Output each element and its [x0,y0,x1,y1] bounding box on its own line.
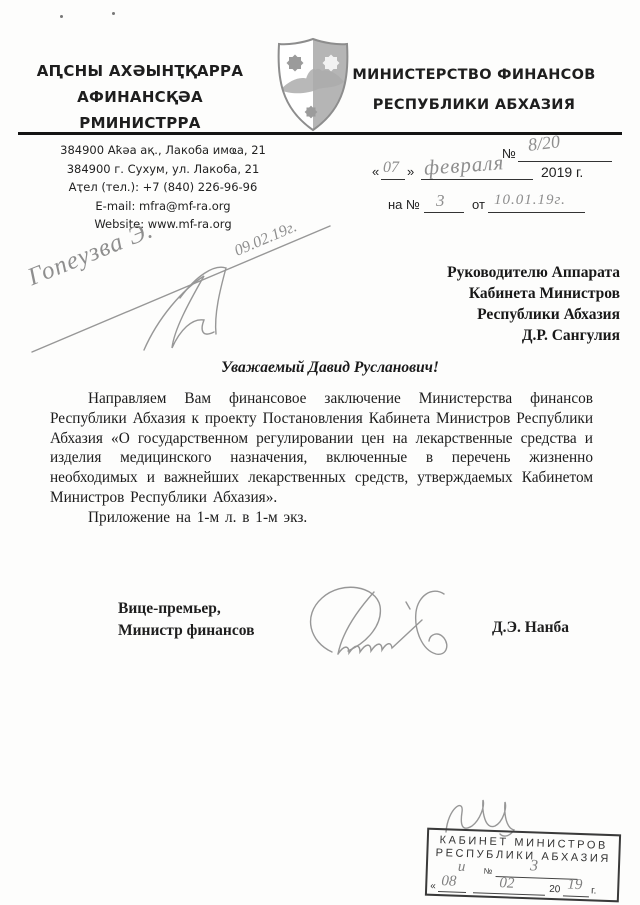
org-name-ab-line1: АԤСНЫ АХӘЫНҬҚАРРА [22,58,258,84]
outgoing-number-label: № [502,146,516,161]
stamp-year-prefix: 20 [549,884,561,895]
org-name-ru-line1: МИНИСТЕРСТВО ФИНАНСОВ [352,60,596,90]
org-name-russian: МИНИСТЕРСТВО ФИНАНСОВ РЕСПУБЛИКИ АБХАЗИЯ [352,60,596,120]
stamp-year-line [563,894,589,897]
signature-apostrophe [406,602,410,609]
reply-number-line [424,211,464,213]
addressee-line1: Руководителю Аппарата [330,262,620,283]
coat-of-arms-icon [272,36,354,134]
contact-email: E-mail: mfra@mf-ra.org [40,197,286,216]
minister-signature [288,576,466,672]
body-paragraph-2: Приложение на 1-м л. в 1-м экз. [50,508,593,528]
contact-address-ru: 384900 г. Сухум, ул. Лакоба, 21 [40,160,286,179]
stamp-year-suffix: г. [591,885,597,896]
date-day-line [381,178,405,180]
signature-tail-loops [338,620,422,654]
stamp-month-handwritten: 02 [499,875,515,893]
outgoing-number-line [518,160,612,162]
addressee-line2: Кабинета Министров [330,283,620,304]
scanned-letter-page: АԤСНЫ АХӘЫНҬҚАРРА АФИНАНСҚӘА РМИНИСТРРА [0,0,640,905]
reply-from-label: от [472,197,485,212]
outgoing-number-handwritten: 8/20 [527,131,561,156]
addressee-block: Руководителю Аппарата Кабинета Министров… [330,262,620,346]
stamp-number-label: № [484,867,493,876]
date-year: 2019 г. [541,164,583,180]
pen-speck [112,12,115,15]
stamp-quote-open: « [430,881,436,892]
stamp-day-handwritten: 08 [441,873,457,891]
letter-body: Направляем Вам финансовое заключение Мин… [50,389,593,528]
signer-name: Д.Э. Нанба [492,619,622,637]
contact-address-ab: 384900 Аҟәа ақ., Лакоба имҩа, 21 [40,141,286,160]
date-quote-open: « [372,164,379,179]
reply-date-line [488,211,585,213]
reply-date-handwritten: 10.01.19г. [494,192,566,209]
org-name-abkhazian: АԤСНЫ АХӘЫНҬҚАРРА АФИНАНСҚӘА РМИНИСТРРА [22,58,258,136]
stamp-number-handwritten: 3 [530,857,539,875]
resolution-signature-strokes [12,218,342,360]
stamp-year-handwritten: 19 [567,877,583,895]
registration-stamp: КАБИНЕТ МИНИСТРОВ РЕСПУБЛИКИ АБХАЗИЯ и №… [425,828,621,903]
date-quote-close: » [407,164,414,179]
contact-phone: Аҭел (тел.): +7 (840) 226-96-96 [40,178,286,197]
org-name-ab-line2: АФИНАНСҚӘА РМИНИСТРРА [22,84,258,136]
pen-speck [60,15,63,18]
star-left-icon [287,55,304,72]
date-day-handwritten: 07 [383,159,399,177]
date-month-handwritten: февраля [423,150,505,181]
salutation: Уважаемый Давид Русланович! [50,359,610,377]
shield-field [272,36,354,134]
body-paragraph-1: Направляем Вам финансовое заключение Мин… [50,389,593,508]
resolution-signature [144,276,214,350]
addressee-line4: Д.Р. Сангулия [330,325,620,346]
org-name-ru-line2: РЕСПУБЛИКИ АБХАЗИЯ [352,90,596,120]
stamp-reg-mark-handwritten: и [458,859,466,876]
signature-right-element [416,591,447,654]
star-bottom-icon [305,106,318,119]
star-right-icon [323,55,340,72]
reply-number-handwritten: 3 [436,191,445,211]
reply-ref-label: на № [388,197,420,212]
addressee-line3: Республики Абхазия [330,304,620,325]
